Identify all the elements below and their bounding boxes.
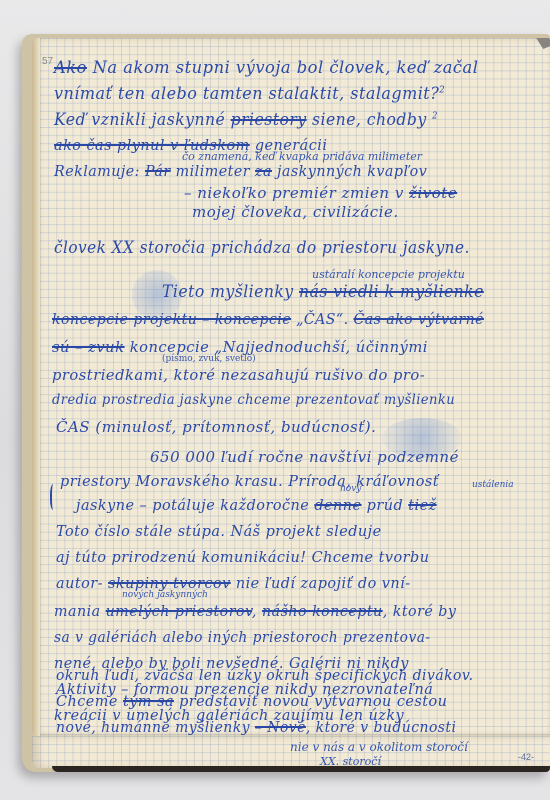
line-text: sa v galériách alebo iných priestoroch p…	[54, 628, 431, 646]
line-text: aj túto prirodzenú komunikáciu! Chceme t…	[56, 548, 429, 566]
line-text: Tieto myšlienky	[162, 282, 294, 302]
line-text: Na akom stupni vývoja bol človek, keď za…	[87, 58, 479, 78]
struck-text: – Nové	[255, 718, 306, 736]
page-number-top: 57	[42, 56, 53, 67]
interlinear-note: XX. storočí	[320, 755, 381, 768]
line-text: nové, humánne myšlienky	[56, 718, 250, 736]
line-text: , ktoré v budúcnosti	[306, 718, 457, 736]
handwritten-line: – niekoľko premiér zmien v živote	[184, 184, 457, 202]
line-text: priestory Moravského krasu. Príroda, krá…	[60, 472, 439, 490]
handwritten-line: človek XX storočia prichádza do priestor…	[54, 238, 470, 258]
interlinear-note: nový	[340, 484, 361, 494]
struck-text: Ako	[54, 58, 87, 78]
handwritten-line: koncepcie projektu – koncepcie „ČAS“. Ča…	[52, 310, 484, 328]
handwritten-line: prostriedkami, ktoré nezasahujú rušivo d…	[52, 366, 425, 384]
line-text: predstaviť novou výtvarnou cestou	[174, 692, 447, 710]
line-text: mojej človeka, civilizácie.	[192, 203, 399, 221]
handwritten-line: mania umelých priestorov, nášho konceptu…	[54, 602, 456, 620]
page-edge	[32, 38, 40, 738]
interlinear-note: (písmo, zvuk, svetlo)	[162, 354, 256, 364]
notebook-page: 57 Ako Na akom stupni vývoja bol človek,…	[32, 38, 550, 738]
interlinear-note: nie v nás a v okolitom storočí	[290, 740, 468, 754]
line-text: 650 000 ľudí ročne navštívi podzemné	[150, 448, 459, 466]
handwritten-line: mojej človeka, civilizácie.	[192, 203, 399, 221]
superscript: 2	[432, 111, 438, 121]
struck-text: tým sa	[123, 692, 174, 710]
line-text: jaskyne – potáluje každoročne	[76, 496, 309, 514]
handwritten-line: sa v galériách alebo iných priestoroch p…	[54, 628, 431, 646]
line-text: Toto číslo stále stúpa. Náš projekt sled…	[56, 522, 382, 540]
struck-text: Pár	[145, 162, 171, 180]
line-text: ,	[252, 602, 257, 620]
torn-corner	[532, 38, 550, 52]
struck-text: koncepcie projektu – koncepcie	[52, 310, 291, 328]
handwritten-line: aj túto prirodzenú komunikáciu! Chceme t…	[56, 548, 429, 566]
line-text: ČAS (minulosť, prítomnosť, budúcnosť).	[56, 418, 376, 436]
handwritten-line: priestory Moravského krasu. Príroda, krá…	[60, 472, 439, 490]
line-text: prúd	[362, 496, 404, 514]
line-text: vnímať ten alebo tamten stalaktit, stala…	[54, 84, 439, 104]
handwritten-line: 650 000 ľudí ročne navštívi podzemné	[150, 448, 459, 466]
line-text: milimeter	[171, 162, 250, 180]
notebook: 57 Ako Na akom stupni vývoja bol človek,…	[22, 30, 550, 775]
interlinear-note: ustálenia	[472, 480, 514, 490]
struck-text: sú – zvuk	[52, 338, 125, 356]
line-text: mania	[54, 602, 101, 620]
line-text: dredia prostredia jaskyne chceme prezent…	[52, 392, 455, 408]
line-text: nie ľudí zapojiť do vní-	[231, 574, 411, 592]
interlinear-note: ustáralí koncepcie projektu	[312, 268, 465, 281]
line-text: jaskynných kvapľov	[272, 162, 427, 180]
line-text: , ktoré by	[383, 602, 457, 620]
handwritten-line: Toto číslo stále stúpa. Náš projekt sled…	[56, 522, 382, 540]
struck-text: Čas ako výtvarné	[353, 310, 483, 328]
margin-mark	[50, 484, 58, 510]
interlinear-note: nových jaskynných	[122, 590, 208, 600]
handwritten-line: ČAS (minulosť, prítomnosť, budúcnosť).	[56, 418, 376, 436]
handwritten-line: Reklamuje: Pár milimeter za jaskynných k…	[54, 162, 427, 180]
handwritten-line: jaskyne – potáluje každoročne denne prúd…	[76, 496, 437, 514]
handwritten-line: autor- skupiny tvorcov nie ľudí zapojiť …	[56, 574, 411, 592]
struck-text: živote	[409, 184, 457, 202]
line-text: autor-	[56, 574, 103, 592]
struck-text: nás viedli k myšlienke	[299, 282, 484, 302]
line-text: Keď vznikli jaskynné	[54, 110, 225, 130]
line-text: – niekoľko premiér zmien v	[184, 184, 404, 202]
handwritten-line: dredia prostredia jaskyne chceme prezent…	[52, 392, 455, 408]
notebook-cover-bottom	[52, 766, 550, 772]
struck-text: umelých priestorov	[106, 602, 252, 620]
handwritten-line: nové, humánne myšlienky – Nové, ktoré v …	[56, 718, 456, 736]
struck-text: priestory	[231, 110, 307, 130]
struck-text: tiež	[408, 496, 436, 514]
line-text: siene, chodby	[307, 110, 427, 130]
handwritten-line: Chceme tým sa predstaviť novou výtvarnou…	[56, 692, 447, 710]
line-text: prostriedkami, ktoré nezasahujú rušivo d…	[52, 366, 425, 384]
line-text: „ČAS“.	[291, 310, 348, 328]
handwritten-line: Keď vznikli jaskynné priestory siene, ch…	[54, 110, 438, 130]
handwritten-line: vnímať ten alebo tamten stalaktit, stala…	[54, 84, 445, 104]
handwritten-line: okruh ľudí, zväčša len úzky okruh špecif…	[56, 666, 473, 684]
struck-text: denne	[314, 496, 361, 514]
line-text: okruh ľudí, zväčša len úzky okruh špecif…	[56, 666, 473, 684]
handwritten-line: Tieto myšlienky nás viedli k myšlienke	[162, 282, 484, 302]
struck-text: za	[255, 162, 272, 180]
superscript: 2	[439, 85, 445, 95]
page-number-bottom: -42-	[518, 752, 534, 762]
line-text: človek XX storočia prichádza do priestor…	[54, 238, 470, 258]
line-text: Chceme	[56, 692, 118, 710]
line-text: Reklamuje:	[54, 162, 140, 180]
handwritten-line: Ako Na akom stupni vývoja bol človek, ke…	[54, 58, 478, 78]
struck-text: nášho konceptu	[262, 602, 383, 620]
